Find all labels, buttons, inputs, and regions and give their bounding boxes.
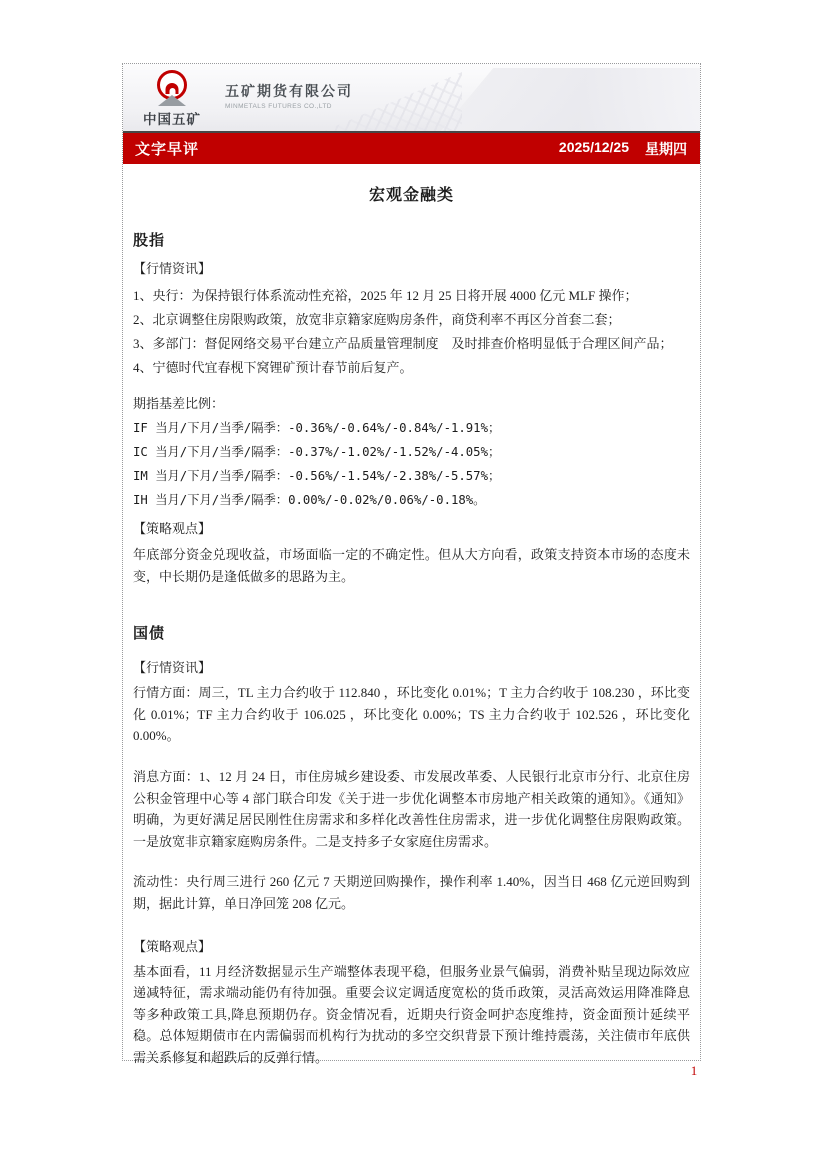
stock-news-item: 1、央行：为保持银行体系流动性充裕，2025 年 12 月 25 日将开展 40… <box>133 284 690 308</box>
minmetals-logo-icon: 中国五矿 <box>143 70 201 128</box>
treasury-strategy-text: 基本面看，11 月经济数据显示生产端整体表现平稳，但服务业景气偏弱，消费补贴呈现… <box>133 961 690 1069</box>
brand-name: 中国五矿 <box>143 108 201 128</box>
company-name-en: MINMETALS FUTURES CO.,LTD <box>225 103 353 110</box>
company-name-block: 五矿期货有限公司 MINMETALS FUTURES CO.,LTD <box>225 70 353 110</box>
banner-title: 文字早评 <box>135 138 199 159</box>
info-label-treasury: 【行情资讯】 <box>133 659 690 677</box>
stock-news-list: 1、央行：为保持银行体系流动性充裕，2025 年 12 月 25 日将开展 40… <box>133 284 690 380</box>
page-number: 1 <box>686 1063 702 1079</box>
logo-arch-icon <box>166 83 179 94</box>
basis-line-ic: IC 当月/下月/当季/隔季：-0.37%/-1.02%/-1.52%/-4.0… <box>133 440 690 464</box>
report-title: 宏观金融类 <box>133 182 690 205</box>
report-page: 中国五矿 五矿期货有限公司 MINMETALS FUTURES CO.,LTD … <box>0 0 826 1169</box>
stock-news-item: 3、多部门：督促网络交易平台建立产品质量管理制度 及时排查价格明显低于合理区间产… <box>133 332 690 356</box>
title-banner: 文字早评 2025/12/25 星期四 <box>123 133 700 164</box>
banner-date: 2025/12/25 星期四 <box>559 139 687 159</box>
basis-line-ih: IH 当月/下月/当季/隔季：0.00%/-0.02%/0.06%/-0.18%… <box>133 488 690 512</box>
treasury-market-text: 行情方面：周三，TL 主力合约收于 112.840 ，环比变化 0.01%；T … <box>133 682 690 747</box>
document-frame: 中国五矿 五矿期货有限公司 MINMETALS FUTURES CO.,LTD … <box>122 63 701 1061</box>
treasury-news-text: 消息方面：1、12 月 24 日，市住房城乡建设委、市发展改革委、人民银行北京市… <box>133 766 690 852</box>
building-watermark <box>435 68 700 133</box>
basis-line-if: IF 当月/下月/当季/隔季：-0.36%/-0.64%/-0.84%/-1.9… <box>133 416 690 440</box>
document-body: 宏观金融类 股指 【行情资讯】 1、央行：为保持银行体系流动性充裕，2025 年… <box>123 182 700 1069</box>
report-header: 中国五矿 五矿期货有限公司 MINMETALS FUTURES CO.,LTD <box>123 64 700 133</box>
stock-news-item: 4、宁德时代宜春枧下窝锂矿预计春节前后复产。 <box>133 356 690 380</box>
strategy-label-treasury: 【策略观点】 <box>133 938 690 956</box>
stock-news-item: 2、北京调整住房限购政策，放宽非京籍家庭购房条件，商贷利率不再区分首套二套； <box>133 308 690 332</box>
stock-strategy-text: 年底部分资金兑现收益，市场面临一定的不确定性。但从大方向看，政策支持资本市场的态… <box>133 544 690 587</box>
banner-date-value: 2025/12/25 <box>559 139 629 159</box>
company-name-cn: 五矿期货有限公司 <box>225 81 353 101</box>
banner-weekday: 星期四 <box>645 139 687 159</box>
company-logo: 中国五矿 五矿期货有限公司 MINMETALS FUTURES CO.,LTD <box>143 70 353 128</box>
basis-ratio-block: 期指基差比例： IF 当月/下月/当季/隔季：-0.36%/-0.64%/-0.… <box>133 392 690 512</box>
section-heading-stock-index: 股指 <box>133 229 690 250</box>
section-heading-treasury: 国债 <box>133 622 690 643</box>
basis-title: 期指基差比例： <box>133 392 690 416</box>
info-label-stock: 【行情资讯】 <box>133 260 690 278</box>
strategy-label-stock: 【策略观点】 <box>133 520 690 538</box>
basis-line-im: IM 当月/下月/当季/隔季：-0.56%/-1.54%/-2.38%/-5.5… <box>133 464 690 488</box>
treasury-liquidity-text: 流动性：央行周三进行 260 亿元 7 天期逆回购操作，操作利率 1.40%，因… <box>133 871 690 914</box>
